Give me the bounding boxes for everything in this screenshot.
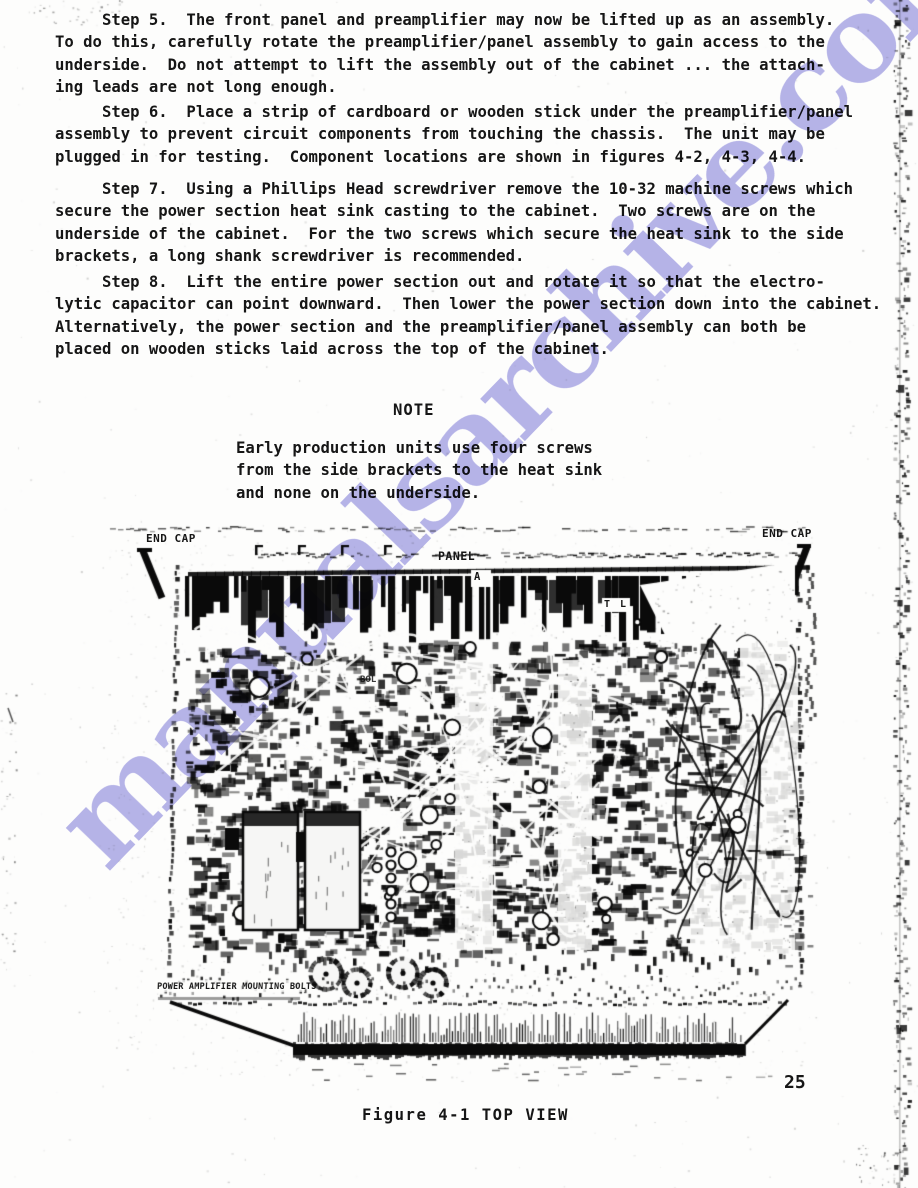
figure-caption: Figure 4-1 TOP VIEW bbox=[362, 1105, 569, 1125]
figure-label-end-cap-right: END CAP bbox=[762, 527, 812, 540]
paragraph-step-5: Step 5. The front panel and preamplifier… bbox=[55, 9, 834, 99]
page-number: 25 bbox=[784, 1073, 806, 1093]
note-body: Early production units use four screws f… bbox=[236, 437, 602, 504]
paragraph-step-6: Step 6. Place a strip of cardboard or wo… bbox=[55, 101, 853, 168]
paragraph-step-8: Step 8. Lift the entire power section ou… bbox=[55, 271, 881, 361]
figure-label-mounting-bolts: POWER AMPLIFIER MOUNTING BOLTS bbox=[157, 982, 317, 992]
figure-label-end-cap-left: END CAP bbox=[146, 532, 196, 545]
figure-mark-tl: T L bbox=[604, 599, 628, 610]
figure-mark-a: A bbox=[474, 571, 480, 583]
figure-mark-bol: BOL bbox=[360, 675, 376, 685]
paragraph-step-7: Step 7. Using a Phillips Head screwdrive… bbox=[55, 178, 853, 268]
document-page: Step 5. The front panel and preamplifier… bbox=[0, 0, 918, 1188]
figure-label-panel: PANEL bbox=[438, 549, 475, 563]
note-heading: NOTE bbox=[393, 399, 435, 421]
